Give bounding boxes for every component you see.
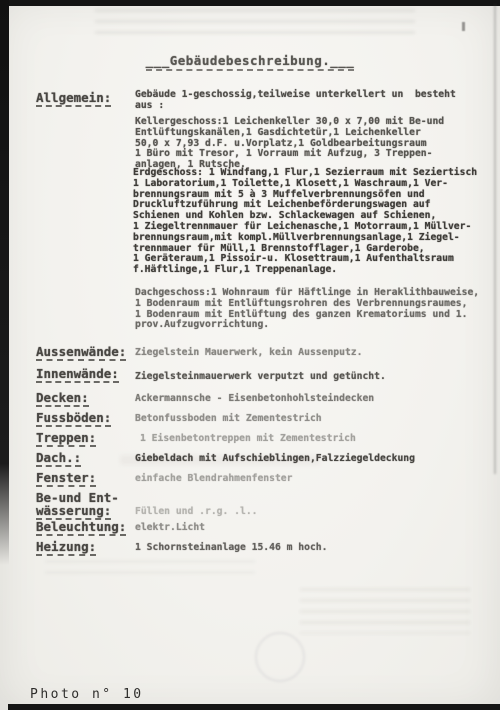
spec-value-heizung: 1 Schornsteinanlage 15.46 m hoch. (135, 542, 327, 553)
typewritten-document: ___Gebäudebeschreibung.___ Allgemein: Ge… (0, 0, 500, 710)
photo-caption: Photo n° 10 (30, 687, 144, 702)
text-line: brennungsraum,mit kompl.Müllverbrennungs… (133, 233, 477, 244)
text-line: 1 Laboratorium,1 Toilette,1 Klosett,1 Wa… (133, 179, 477, 190)
section-label-fenster: Fenster: (36, 470, 96, 487)
spec-value-innenwaende: Ziegelsteinmauerwerk verputzt und getünc… (135, 371, 386, 382)
section-label-waesserung: wässerung: (36, 503, 111, 520)
spec-value-aussenwaende: Ziegelstein Mauerwerk, kein Aussenputz. (135, 347, 362, 358)
spec-value-decken: Ackermannsche - Eisenbetonhohlsteindecke… (135, 393, 374, 404)
spec-value-treppen: 1 Eisenbetontreppen mit Zementestrich (140, 433, 356, 444)
text-line: 1 Bodenraum mit Entlüftungsrohren des Ve… (135, 299, 479, 310)
section-label-decken: Decken: (36, 390, 89, 407)
section-label-treppen: Treppen: (36, 430, 96, 447)
section-label-dach: Dach.: (36, 450, 81, 467)
section-label-allgemein: Allgemein: (36, 90, 111, 107)
text-line: prov.Aufzugvorrichtung. (135, 320, 479, 331)
spec-value-beleuchtung: elektr.Licht (135, 522, 205, 533)
section-label-innenwaende: Innenwände: (36, 366, 119, 383)
text-line: aus : (135, 101, 456, 112)
photographed-document-page: ___Gebäudebeschreibung.___ Allgemein: Ge… (0, 0, 500, 710)
text-line: Entlüftungskanälen,1 Gasdichtetür,1 Leic… (135, 128, 444, 139)
section-label-heizung: Heizung: (36, 539, 96, 556)
paragraph-kellergeschoss: Kellergeschoss:1 Leichenkeller 30,0 x 7,… (135, 117, 444, 171)
paragraph-erdgeschoss: Erdgeschoss: 1 Windfang,1 Flur,1 Sezierr… (133, 168, 477, 276)
section-label-fussboeden: Fussböden: (36, 410, 111, 427)
spec-value-be-und-entwaesserung: Füllen und .r.g. .l.. (135, 506, 257, 517)
section-label-beleuchtung: Beleuchtung: (36, 519, 126, 536)
spec-value-fenster: einfache Blendrahmenfenster (135, 473, 292, 484)
spec-value-fussboeden: Betonfussboden mit Zementestrich (135, 413, 322, 424)
paragraph-dachgeschoss: Dachgeschoss:1 Wohnraum für Häftlinge in… (135, 288, 479, 331)
section-label-aussenwaende: Aussenwände: (36, 344, 126, 361)
spec-value-dach: Giebeldach mit Aufschieblingen,Falzziege… (135, 453, 415, 464)
document-title: ___Gebäudebeschreibung.___ (146, 53, 355, 71)
title-row: ___Gebäudebeschreibung.___ (0, 50, 500, 71)
paragraph-allgemein-intro: Gebäude 1-geschossig,teilweise unterkell… (135, 90, 456, 112)
text-line: Gebäude 1-geschossig,teilweise unterkell… (135, 90, 456, 101)
text-line: f.Häftlinge,1 Flur,1 Treppenanlage. (133, 265, 477, 276)
